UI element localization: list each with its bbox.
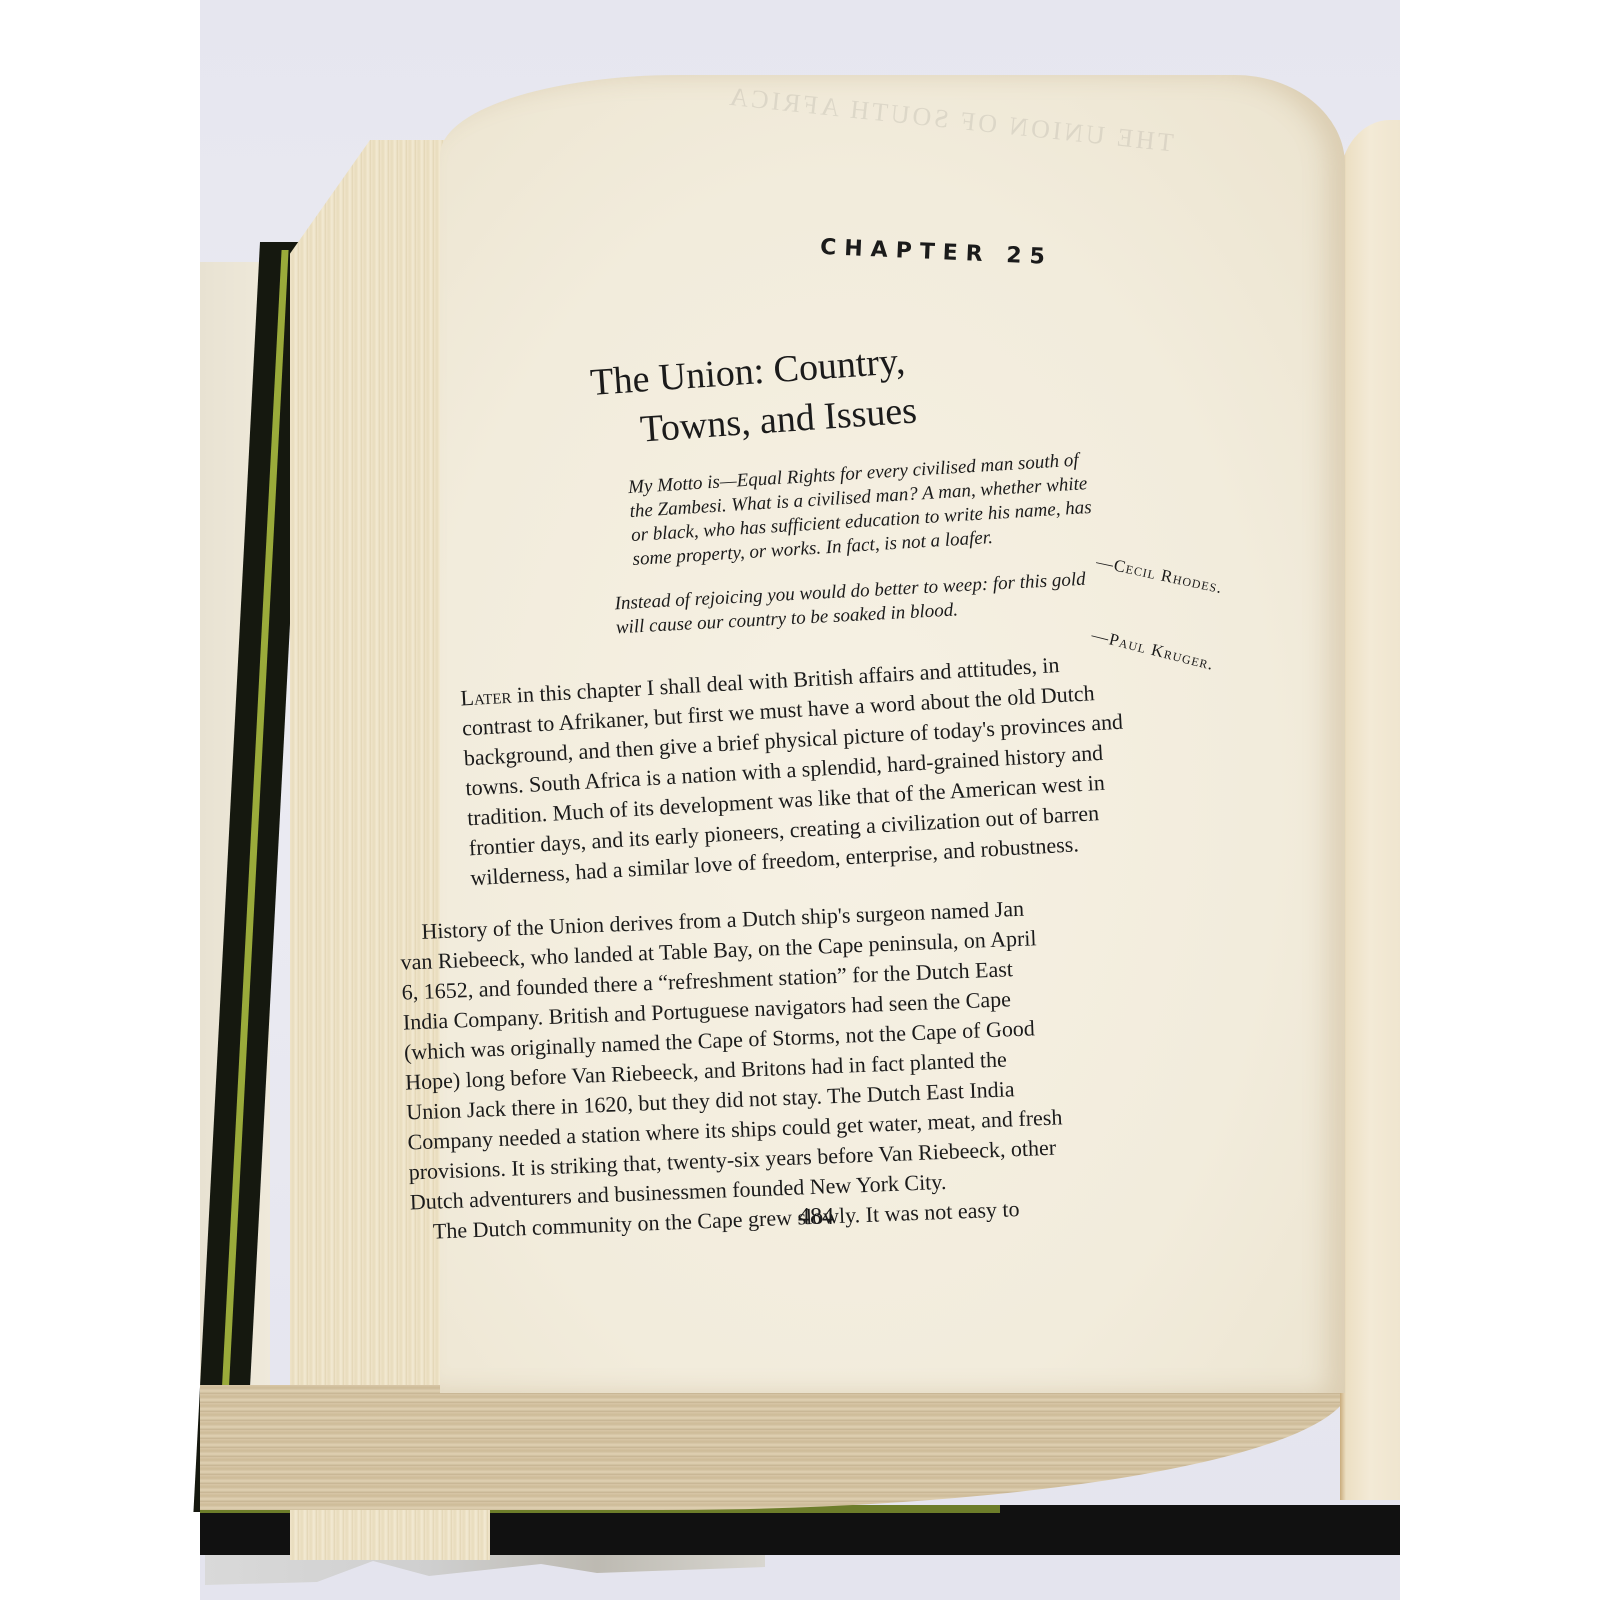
body-paragraph-2: History of the Union derives from a Dutc… [399, 893, 1066, 1248]
lead-word: Later [460, 683, 512, 711]
image-margin-left [0, 0, 200, 1600]
image-margin-right [1400, 0, 1600, 1600]
body-paragraph-1: Later in this chapter I shall deal with … [460, 647, 1131, 894]
page-number: 484 [798, 1204, 834, 1231]
facing-page [1340, 120, 1400, 1500]
